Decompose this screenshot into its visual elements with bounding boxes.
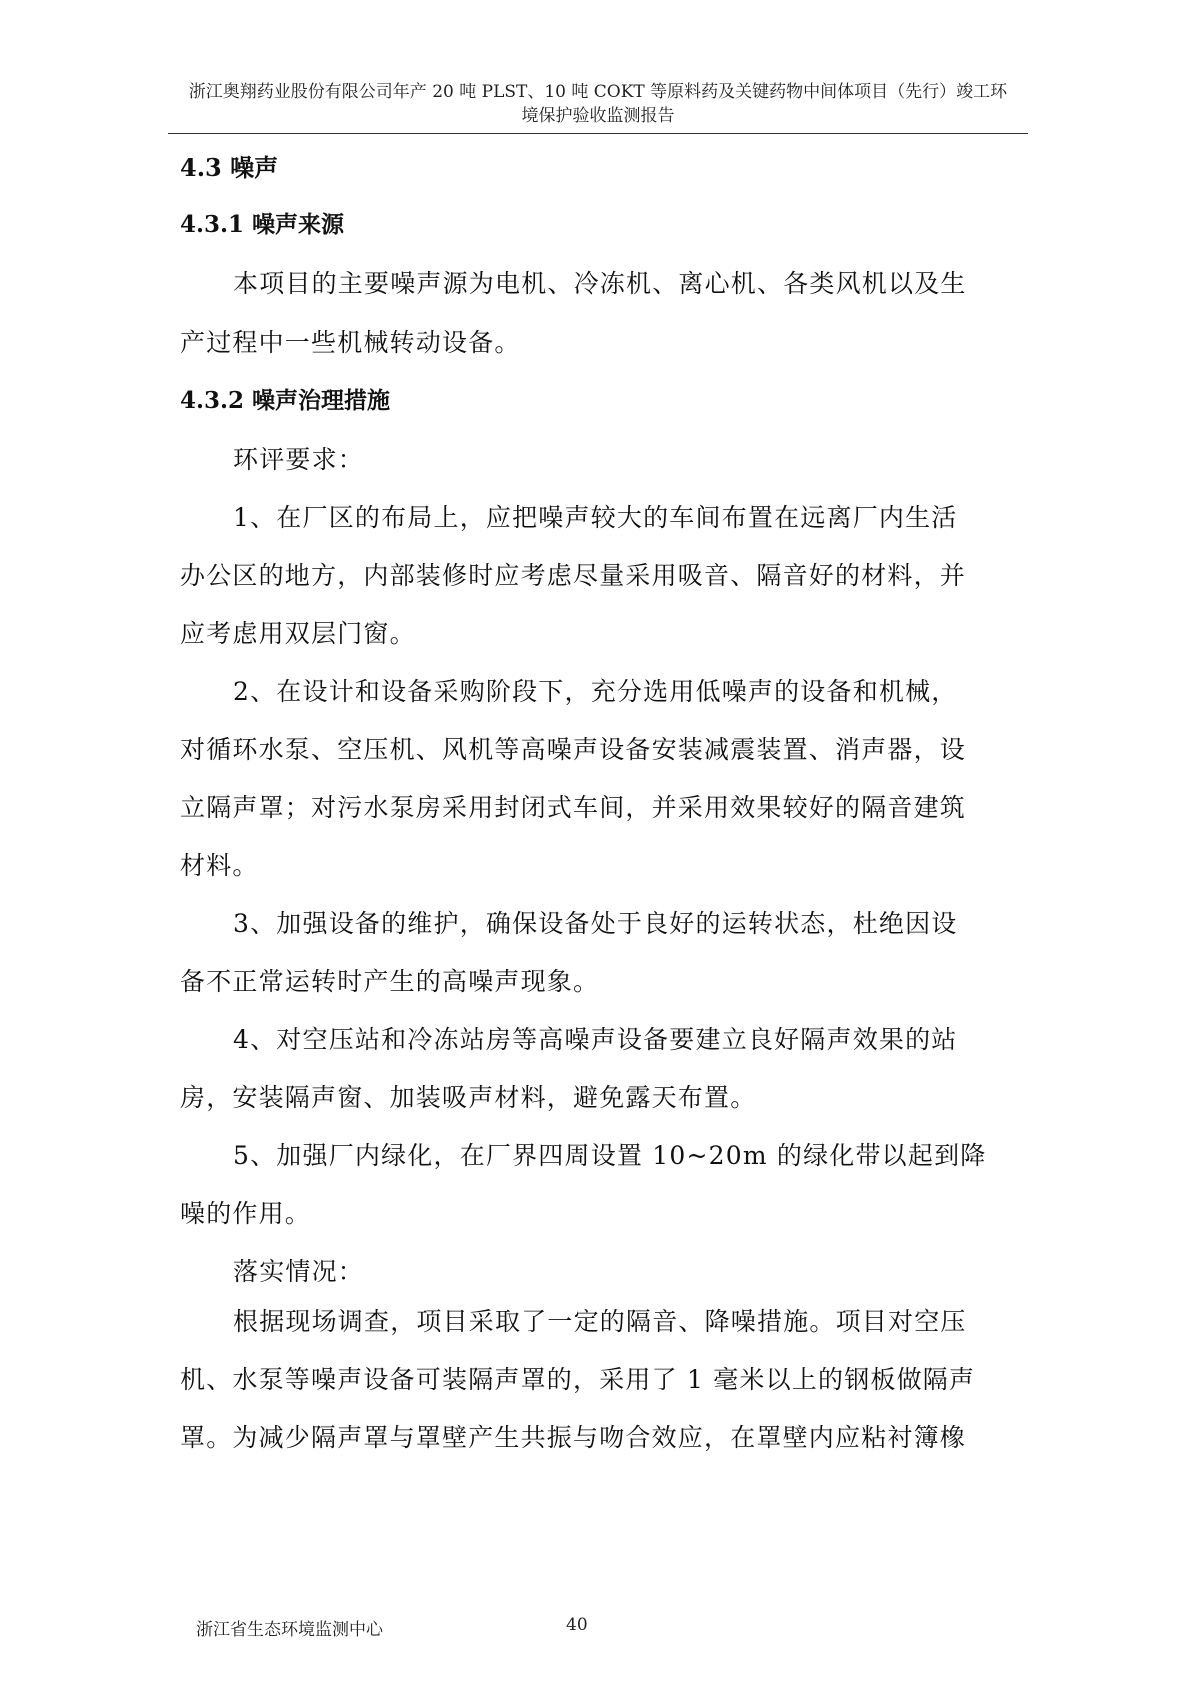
list-item-line: 应考虑用双层门窗。 [180, 614, 1020, 650]
list-item-line: 材料。 [180, 846, 1020, 882]
report-title: 浙江奥翔药业股份有限公司年产 20 吨 PLST、10 吨 COKT 等原料药及… [168, 80, 1028, 128]
list-item-line: 3、加强设备的维护，确保设备处于良好的运转状态，杜绝因设 [233, 904, 1020, 940]
page-number: 40 [566, 1615, 588, 1635]
report-title-line-1: 浙江奥翔药业股份有限公司年产 20 吨 PLST、10 吨 COKT 等原料药及… [168, 80, 1028, 104]
list-item-line: 4、对空压站和冷冻站房等高噪声设备要建立良好隔声效果的站 [233, 1020, 1020, 1056]
requirement-label: 环评要求： [233, 440, 1020, 476]
list-item-line: 5、加强厂内绿化，在厂界四周设置 10~20m 的绿化带以起到降 [233, 1136, 1020, 1172]
header-divider [168, 133, 1028, 134]
report-title-line-2: 境保护验收监测报告 [168, 104, 1028, 128]
footer-organization: 浙江省生态环境监测中心 [196, 1615, 383, 1640]
list-item-line: 房，安装隔声窗、加装吸声材料，避免露天布置。 [180, 1078, 1020, 1114]
list-item-line: 立隔声罩；对污水泵房采用封闭式车间，并采用效果较好的隔音建筑 [180, 788, 1020, 824]
paragraph-line: 机、水泵等噪声设备可装隔声罩的，采用了 1 毫米以上的钢板做隔声 [180, 1360, 1020, 1396]
list-item-line: 噪的作用。 [180, 1194, 1020, 1230]
list-item-line: 备不正常运转时产生的高噪声现象。 [180, 962, 1020, 998]
paragraph-line: 根据现场调查，项目采取了一定的隔音、降噪措施。项目对空压 [233, 1302, 1020, 1338]
paragraph-line: 本项目的主要噪声源为电机、冷冻机、离心机、各类风机以及生 [233, 264, 1020, 300]
implementation-label: 落实情况： [233, 1252, 1020, 1288]
paragraph-line: 罩。为减少隔声罩与罩壁产生共振与吻合效应，在罩壁内应粘衬簿橡 [180, 1418, 1020, 1454]
list-item-line: 1、在厂区的布局上，应把噪声较大的车间布置在远离厂内生活 [233, 498, 1020, 534]
list-item-line: 对循环水泵、空压机、风机等高噪声设备安装减震装置、消声器，设 [180, 730, 1020, 766]
list-item-line: 办公区的地方，内部装修时应考虑尽量采用吸音、隔音好的材料，并 [180, 556, 1020, 592]
paragraph-line: 产过程中一些机械转动设备。 [180, 323, 1020, 359]
subsection-heading-noise-source: 4.3.1 噪声来源 [180, 206, 344, 239]
list-item-line: 2、在设计和设备采购阶段下，充分选用低噪声的设备和机械， [233, 672, 1020, 708]
section-heading: 4.3 噪声 [180, 148, 278, 183]
subsection-heading-noise-control: 4.3.2 噪声治理措施 [180, 382, 390, 415]
